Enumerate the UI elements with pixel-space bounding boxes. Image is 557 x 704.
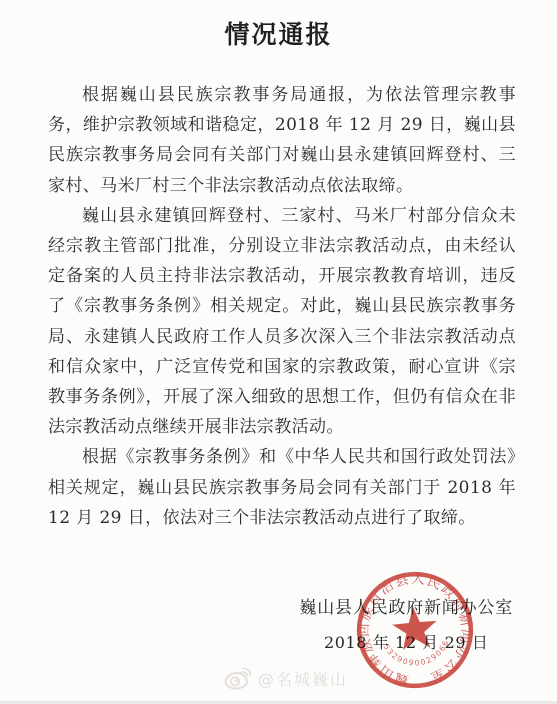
paragraph-2: 巍山县永建镇回辉登村、三家村、马米厂村部分信众未经宗教主管部门批准，分别设立非法… (48, 201, 516, 443)
document-body: 根据巍山县民族宗教事务局通报，为依法管理宗教事务，维护宗教领域和谐稳定，2018… (48, 80, 516, 533)
watermark: @名城巍山 (224, 666, 348, 690)
document-page: 情况通报 根据巍山县民族宗教事务局通报，为依法管理宗教事务，维护宗教领域和谐稳定… (0, 0, 557, 704)
weibo-icon (224, 666, 251, 690)
signature-block: 巍山县人民政府新闻办公室 2018 年 12 月 29 日 (299, 596, 513, 654)
paragraph-3: 根据《宗教事务条例》和《中华人民共和国行政处罚法》相关规定，巍山县民族宗教事务局… (48, 442, 516, 533)
watermark-handle: @名城巍山 (258, 667, 348, 690)
signature-org: 巍山县人民政府新闻办公室 (299, 596, 513, 620)
paragraph-1: 根据巍山县民族宗教事务局通报，为依法管理宗教事务，维护宗教领域和谐稳定，2018… (48, 80, 516, 201)
signature-date: 2018 年 12 月 29 日 (324, 632, 488, 654)
page-title: 情况通报 (0, 16, 557, 54)
